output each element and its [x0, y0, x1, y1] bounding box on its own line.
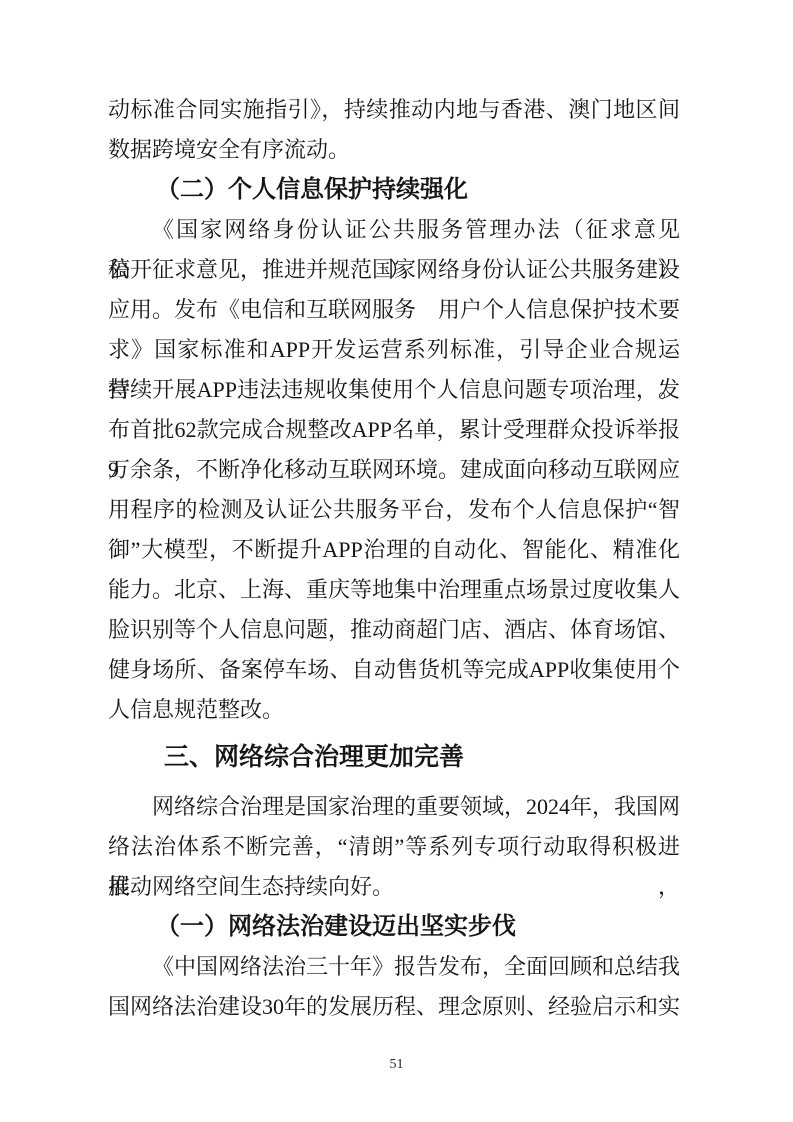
- body-line: 动标准合同实施指引》，持续推动内地与香港、澳门地区间: [108, 90, 680, 130]
- body-line: 数据跨境安全有序流动。: [108, 130, 680, 170]
- body-line: 御”大模型，不断提升APP治理的自动化、智能化、精准化: [108, 530, 680, 570]
- body-line: 络法治体系不断完善，“清朗”等系列专项行动取得积极进展，: [108, 827, 680, 867]
- body-line: 人信息规范整改。: [108, 690, 680, 730]
- subsection-heading: （二）个人信息保护持续强化: [108, 170, 680, 210]
- body-line: 持续开展APP违法违规收集使用个人信息问题专项治理，发: [108, 370, 680, 410]
- document-body: 动标准合同实施指引》，持续推动内地与香港、澳门地区间 数据跨境安全有序流动。 （…: [108, 90, 680, 1027]
- body-line: 求》国家标准和APP开发运营系列标准，引导企业合规运营。: [108, 330, 680, 370]
- document-page: 动标准合同实施指引》，持续推动内地与香港、澳门地区间 数据跨境安全有序流动。 （…: [0, 0, 793, 1122]
- body-line: 万余条，不断净化移动互联网环境。建成面向移动互联网应: [108, 450, 680, 490]
- body-line: 健身场所、备案停车场、自动售货机等完成APP收集使用个: [108, 650, 680, 690]
- body-line: 用程序的检测及认证公共服务平台，发布个人信息保护“智: [108, 490, 680, 530]
- page-number: 51: [0, 1056, 793, 1074]
- body-line: 能力。北京、上海、重庆等地集中治理重点场景过度收集人: [108, 570, 680, 610]
- section-heading: 三、网络综合治理更加完善: [108, 737, 680, 777]
- body-line: 《中国网络法治三十年》报告发布，全面回顾和总结我: [108, 947, 680, 987]
- body-line: 公开征求意见，推进并规范国家网络身份认证公共服务建设: [108, 250, 680, 290]
- body-line: 网络综合治理是国家治理的重要领域，2024年，我国网: [108, 787, 680, 827]
- body-line: 布首批62款完成合规整改APP名单，累计受理群众投诉举报9: [108, 410, 680, 450]
- body-line: 应用。发布《电信和互联网服务 用户个人信息保护技术要: [108, 290, 680, 330]
- body-line: 《国家网络身份认证公共服务管理办法（征求意见稿）》: [108, 210, 680, 250]
- body-line: 国网络法治建设30年的发展历程、理念原则、经验启示和实: [108, 987, 680, 1027]
- subsection-heading: （一）网络法治建设迈出坚实步伐: [108, 907, 680, 947]
- body-line: 脸识别等个人信息问题，推动商超门店、酒店、体育场馆、: [108, 610, 680, 650]
